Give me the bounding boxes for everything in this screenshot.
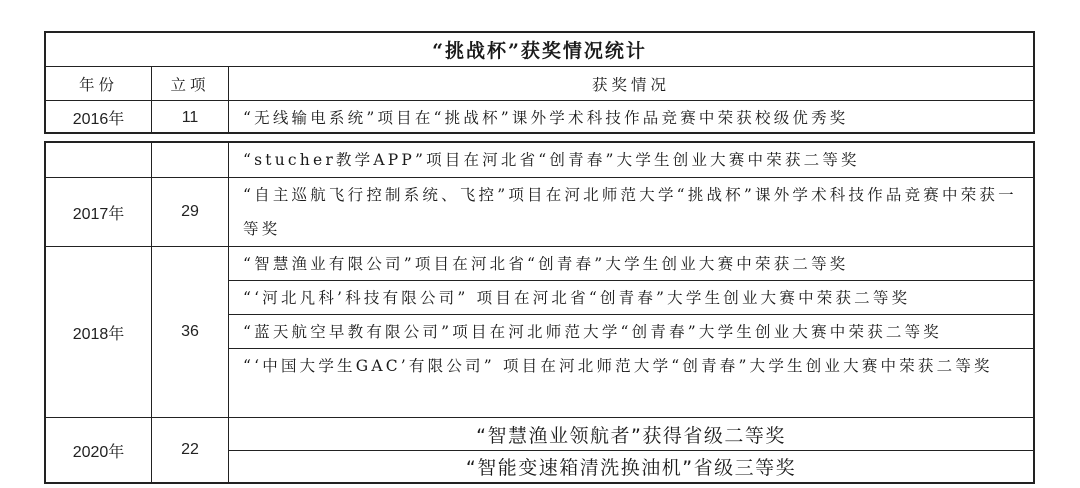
header-projects: 立项 (170, 73, 209, 95)
projects-blank-cell (152, 143, 229, 178)
year-2016: 2016年 (73, 106, 125, 129)
header-awards: 获奖情况 (592, 73, 670, 95)
projects-2017-cell: 29 (152, 178, 229, 247)
award-2020-cell-1: “智慧渔业领航者”获得省级二等奖 (229, 418, 1033, 451)
header-year: 年份 (79, 73, 118, 95)
award-2020-cell-2: “智能变速箱清洗换油机”省级三等奖 (229, 451, 1033, 482)
year-2020: 2020年 (73, 439, 125, 462)
projects-2016-cell: 11 (152, 101, 229, 134)
award-2018-cell-2: “‘河北凡科’科技有限公司” 项目在河北省“创青春”大学生创业大赛中荣获二等奖 (229, 281, 1033, 315)
projects-2017: 29 (181, 203, 199, 221)
year-2017-cell: 2017年 (46, 178, 152, 247)
table-title: “挑战杯”获奖情况统计 (432, 36, 647, 63)
award-2018-cell-3: “蓝天航空早教有限公司”项目在河北师范大学“创青春”大学生创业大赛中荣获二等奖 (229, 315, 1033, 349)
award-2018-cell-4: “‘中国大学生GAC’有限公司” 项目在河北师范大学“创青春”大学生创业大赛中荣… (229, 349, 1033, 418)
award-2018-3: “蓝天航空早教有限公司”项目在河北师范大学“创青春”大学生创业大赛中荣获二等奖 (243, 315, 942, 349)
awards-table-top: “挑战杯”获奖情况统计 年份 立项 获奖情况 2016年 11 “无线输电系统”… (44, 31, 1035, 134)
header-awards-cell: 获奖情况 (229, 67, 1033, 101)
projects-2018-cell: 36 (152, 247, 229, 418)
year-2018-cell: 2018年 (46, 247, 152, 418)
award-2016-1: “无线输电系统”项目在“挑战杯”课外学术科技作品竞赛中荣获校级优秀奖 (243, 101, 849, 135)
award-2017-cell: “自主巡航飞行控制系统、飞控”项目在河北师范大学“挑战杯”课外学术科技作品竞赛中… (229, 178, 1033, 247)
award-stucher: “stucher教学APP”项目在河北省“创青春”大学生创业大赛中荣获二等奖 (243, 143, 860, 177)
year-2016-cell: 2016年 (46, 101, 152, 134)
award-2016-cell: “无线输电系统”项目在“挑战杯”课外学术科技作品竞赛中荣获校级优秀奖 (229, 101, 1033, 134)
award-2018-4: “‘中国大学生GAC’有限公司” 项目在河北师范大学“创青春”大学生创业大赛中荣… (243, 349, 993, 383)
year-2018: 2018年 (73, 321, 125, 344)
award-2018-1: “智慧渔业有限公司”项目在河北省“创青春”大学生创业大赛中荣获二等奖 (243, 247, 849, 281)
award-2017-1: “自主巡航飞行控制系统、飞控”项目在河北师范大学“挑战杯”课外学术科技作品竞赛中… (243, 178, 1019, 246)
table-title-cell: “挑战杯”获奖情况统计 (46, 33, 1033, 67)
award-2018-2: “‘河北凡科’科技有限公司” 项目在河北省“创青春”大学生创业大赛中荣获二等奖 (243, 281, 910, 315)
award-2020-2: “智能变速箱清洗换油机”省级三等奖 (466, 453, 796, 480)
header-year-cell: 年份 (46, 67, 152, 101)
projects-2020: 22 (181, 441, 199, 459)
year-2017: 2017年 (73, 201, 125, 224)
award-2018-cell-1: “智慧渔业有限公司”项目在河北省“创青春”大学生创业大赛中荣获二等奖 (229, 247, 1033, 281)
header-projects-cell: 立项 (152, 67, 229, 101)
projects-2018: 36 (181, 323, 199, 341)
awards-table-bottom: “stucher教学APP”项目在河北省“创青春”大学生创业大赛中荣获二等奖 2… (44, 141, 1035, 484)
year-2020-cell: 2020年 (46, 418, 152, 482)
year-blank-cell (46, 143, 152, 178)
projects-2016: 11 (182, 109, 199, 127)
projects-2020-cell: 22 (152, 418, 229, 482)
award-blank-cell: “stucher教学APP”项目在河北省“创青春”大学生创业大赛中荣获二等奖 (229, 143, 1033, 178)
award-2020-1: “智慧渔业领航者”获得省级二等奖 (476, 421, 786, 448)
